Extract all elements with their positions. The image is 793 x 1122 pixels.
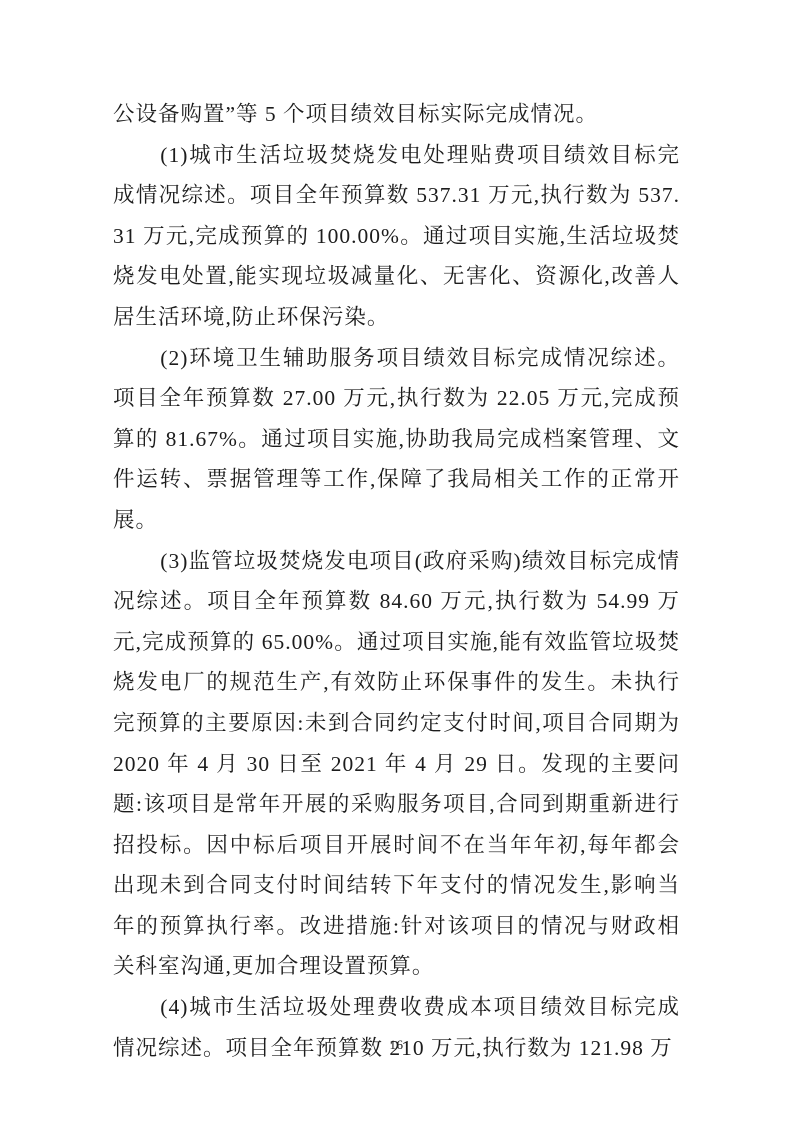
document-page: 公设备购置”等 5 个项目绩效目标实际完成情况。 (1)城市生活垃圾焚烧发电处理… [0, 0, 793, 1122]
document-body-text: 公设备购置”等 5 个项目绩效目标实际完成情况。 (1)城市生活垃圾焚烧发电处理… [113, 94, 680, 1068]
paragraph-item-4: (4)城市生活垃圾处理费收费成本项目绩效目标完成情况综述。项目全年预算数 210… [113, 987, 680, 1068]
page-footer: 16 [0, 1036, 793, 1054]
paragraph-continuation: 公设备购置”等 5 个项目绩效目标实际完成情况。 [113, 94, 680, 135]
paragraph-item-3: (3)监管垃圾焚烧发电项目(政府采购)绩效目标完成情况综述。项目全年预算数 84… [113, 541, 680, 988]
page-number: 16 [390, 1037, 404, 1052]
paragraph-item-1: (1)城市生活垃圾焚烧发电处理贴费项目绩效目标完成情况综述。项目全年预算数 53… [113, 135, 680, 338]
paragraph-item-2: (2)环境卫生辅助服务项目绩效目标完成情况综述。项目全年预算数 27.00 万元… [113, 338, 680, 541]
